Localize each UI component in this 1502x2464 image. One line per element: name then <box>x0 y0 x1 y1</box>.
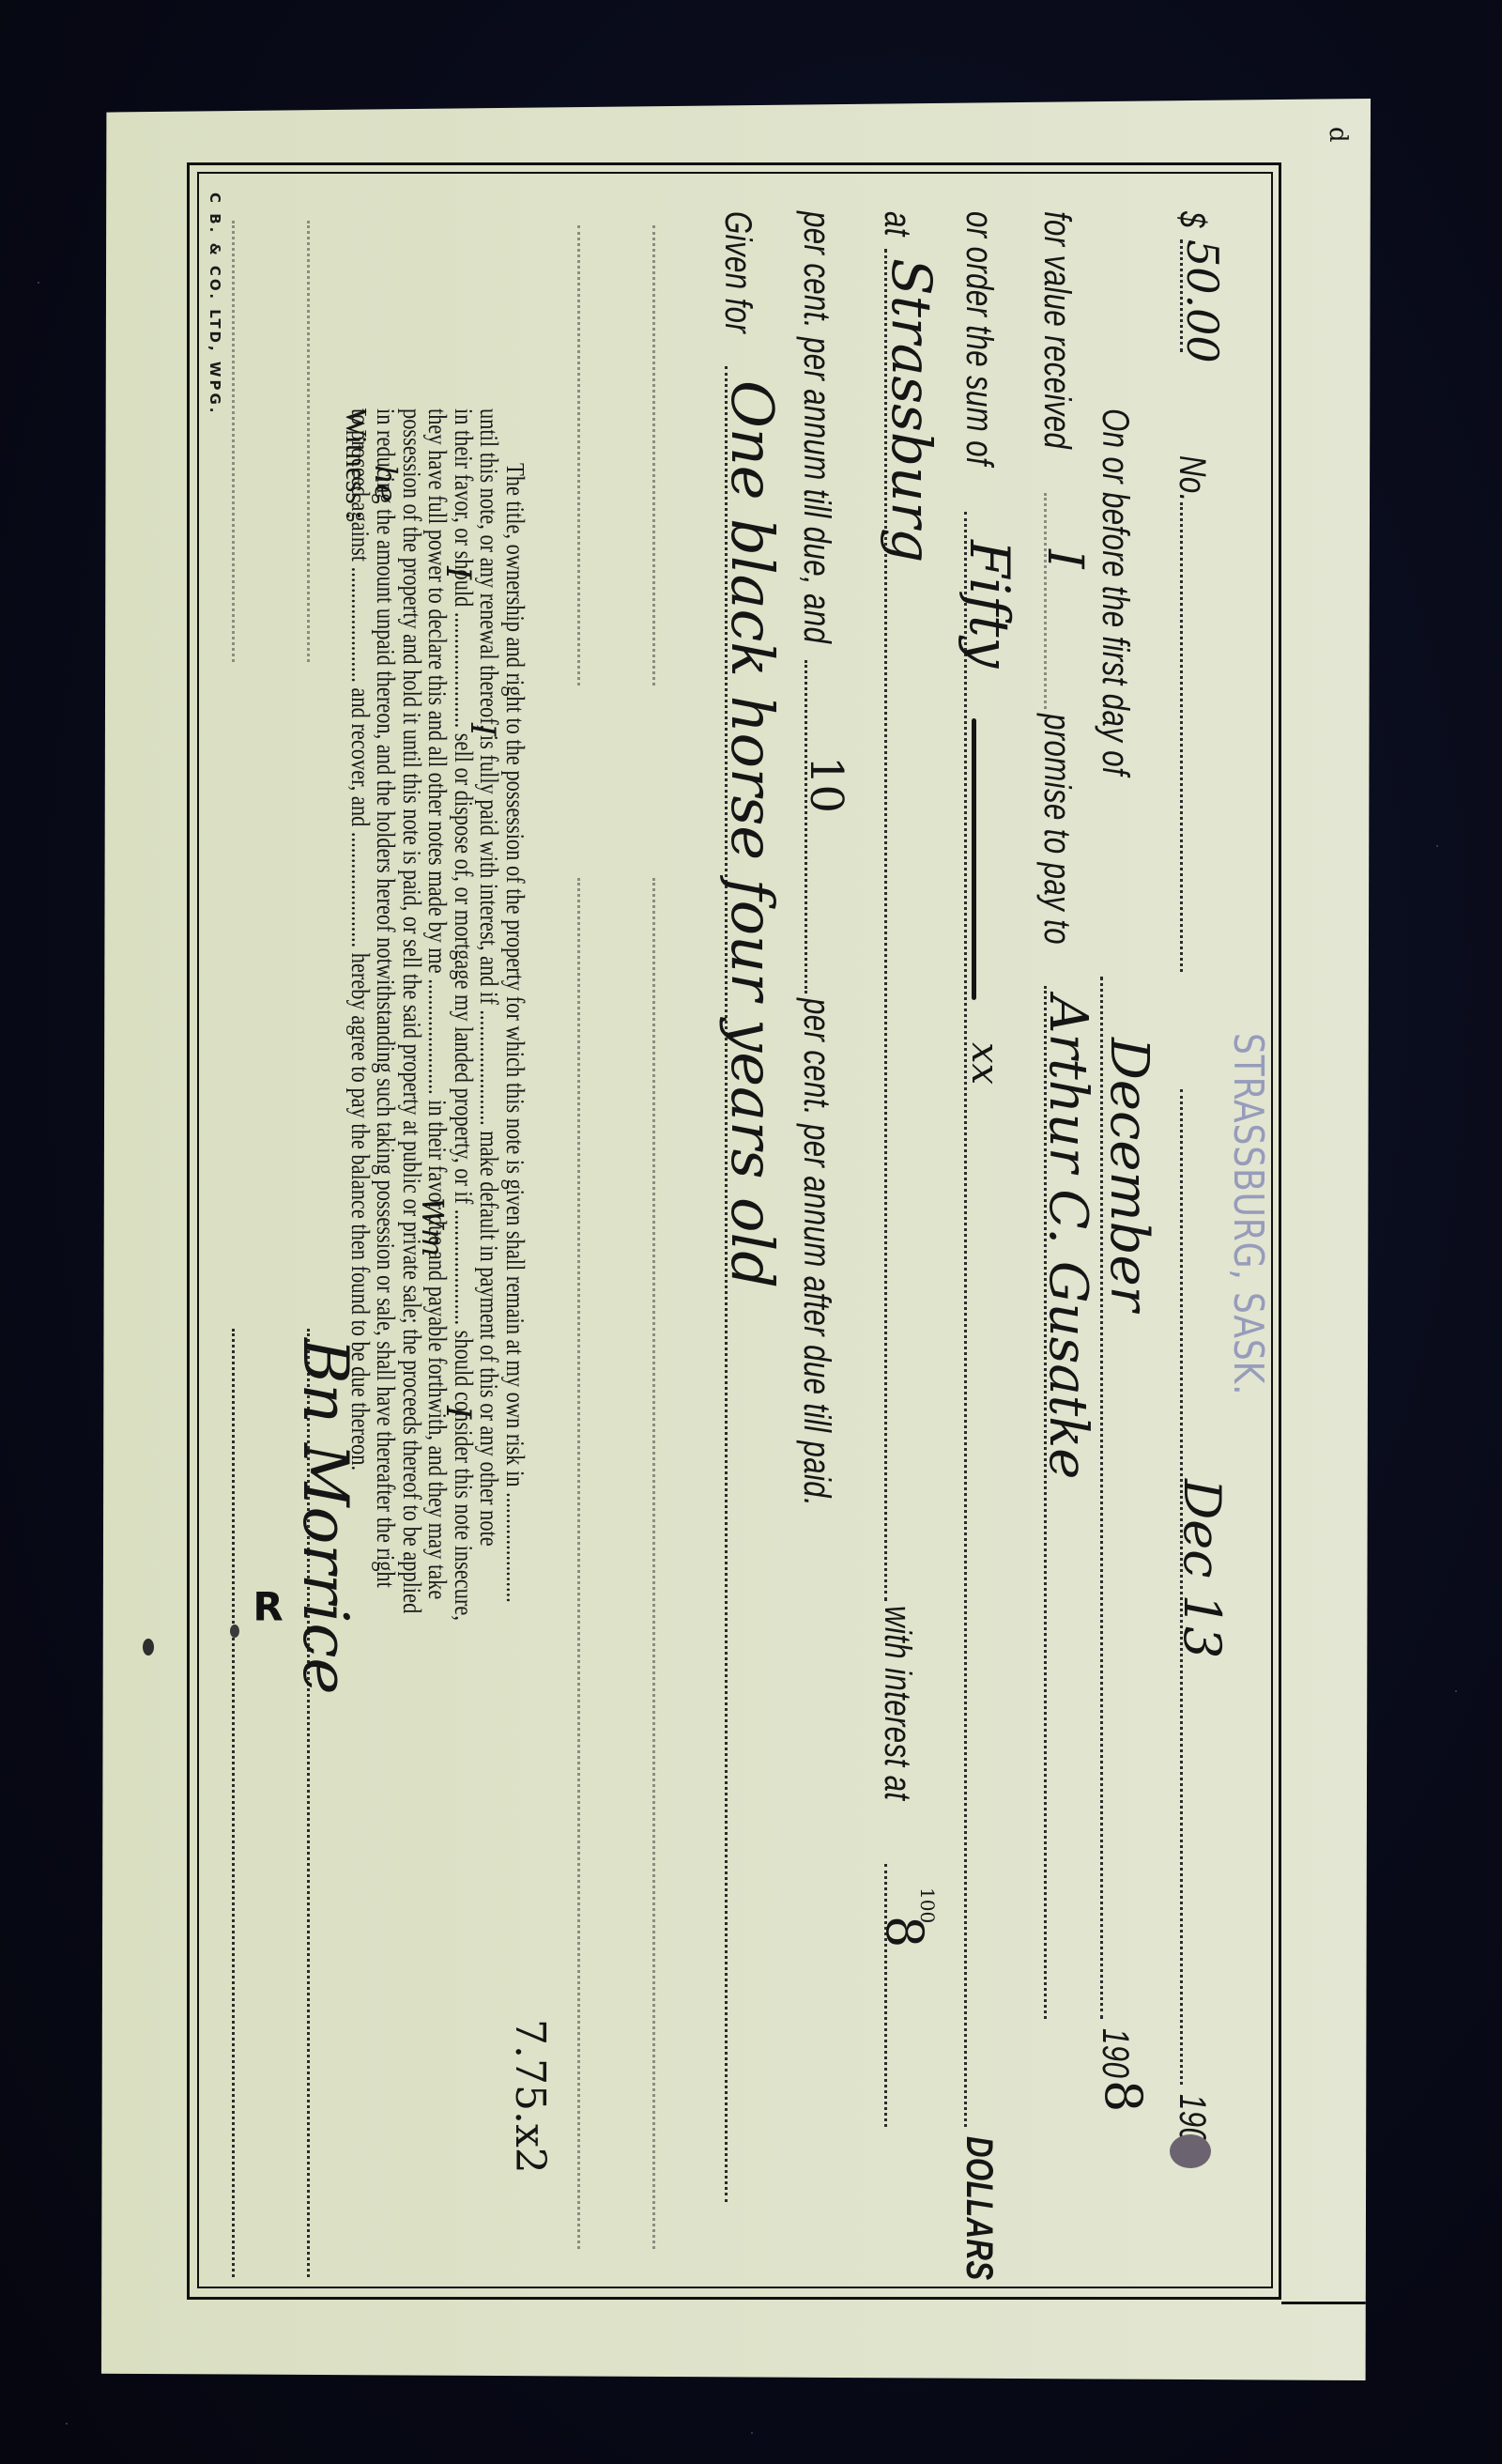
fine-print-line: in their favor, or should ..............… <box>451 408 477 1621</box>
interest-rate-handwritten: 8 <box>875 1916 934 1948</box>
background-speck <box>1455 1690 1457 1692</box>
signature-handwritten: Bn Morrice <box>289 1338 361 1695</box>
background-speck <box>1436 845 1438 847</box>
fine-print-fill-2: I <box>438 566 477 579</box>
ink-spot <box>143 1639 154 1655</box>
after-due-rate-handwritten: 10 <box>800 756 852 813</box>
sum-suffix-handwritten: xx <box>963 1042 1006 1085</box>
interest-dotted-line <box>884 1864 887 2127</box>
due-month-handwritten: December <box>1098 1038 1159 1311</box>
due-year-handwritten: 8 <box>1094 2080 1153 2112</box>
signature-dotted-line-2 <box>232 1329 235 2277</box>
per-cent-after-due-label: per cent. per annum after due till paid. <box>795 998 837 1506</box>
issue-date-handwritten: Dec 13 <box>1172 1479 1232 1658</box>
number-dotted-line <box>1180 502 1183 972</box>
fine-print-conditions: The title, ownership and right to the po… <box>347 408 529 1621</box>
ink-spot <box>230 1625 239 1638</box>
due-date-label: On or before the first day of <box>1094 408 1136 776</box>
year-prefix-due: 190 <box>1094 2028 1136 2078</box>
mark-glyph: R <box>253 1584 283 1630</box>
sum-label: or order the sum of <box>958 211 1000 466</box>
fine-print-fill-1: I <box>463 723 501 736</box>
stub-fragment-text: d <box>1324 127 1352 143</box>
blank-line-1 <box>652 225 655 685</box>
value-received-label: for value received <box>1035 211 1078 449</box>
town-stamp: STRASSBURG, SASK. <box>1224 1033 1272 1395</box>
promisor-dotted-line <box>1044 493 1047 709</box>
sum-fill-stroke <box>972 718 976 1000</box>
given-for-handwritten: One black horse four years old <box>718 380 787 1288</box>
fine-print-fill-3: Wm <box>415 1197 451 1256</box>
fine-print-line: until this note, or any renewal thereof,… <box>476 408 502 1621</box>
with-interest-label: with interest at <box>876 1606 918 1800</box>
payee-handwritten: Arthur C. Gusatke <box>1037 995 1098 1479</box>
place-handwritten: Strassburg <box>880 258 943 562</box>
printer-mark: C B. & CO. LTD, WPG. <box>207 192 223 415</box>
blank-line-3 <box>577 225 580 685</box>
dollars-label: DOLLARS <box>958 2136 1000 2281</box>
blank-line-4 <box>577 878 580 2249</box>
per-cent-till-due-label: per cent. per annum till due, and <box>795 211 837 643</box>
place-label: at <box>876 211 918 237</box>
promissory-note: d $ 50.00 No. Dec 13 190 On or before th… <box>101 99 1371 2380</box>
witness-dotted-line <box>307 221 310 662</box>
given-for-label: Given for <box>716 211 759 333</box>
blank-line-2 <box>652 878 655 2249</box>
ink-blot <box>1170 2134 1211 2168</box>
sum-words-handwritten: Fifty <box>958 540 1021 668</box>
fine-print-line: possession of the property and hold it u… <box>399 408 425 1621</box>
dollar-sign: $ <box>1171 211 1213 228</box>
after-due-rate-dotted-line <box>805 660 807 993</box>
fine-print-line: they have full power to declare this and… <box>424 408 451 1621</box>
fine-print-line: The title, ownership and right to the po… <box>502 408 529 1621</box>
fine-print-line: in reducing the amount unpaid thereon, a… <box>373 408 399 1621</box>
promisor-handwritten: I <box>1036 549 1093 569</box>
perforation-line <box>1281 2302 1371 2304</box>
promise-to-pay-label: promise to pay to <box>1035 714 1078 945</box>
fine-print-fill-5: I <box>438 1406 477 1419</box>
risk-annotation-handwritten: 7.75.x2 <box>506 2019 554 2174</box>
sum-dotted-line <box>964 512 967 2127</box>
background-speck <box>66 2423 68 2425</box>
amount-handwritten: 50.00 <box>1177 239 1228 363</box>
witness-dotted-line-2 <box>232 221 235 662</box>
background-speck <box>751 2432 753 2434</box>
background-speck <box>38 282 39 284</box>
number-label: No. <box>1171 455 1213 502</box>
witness-label: Witness : <box>339 408 374 520</box>
